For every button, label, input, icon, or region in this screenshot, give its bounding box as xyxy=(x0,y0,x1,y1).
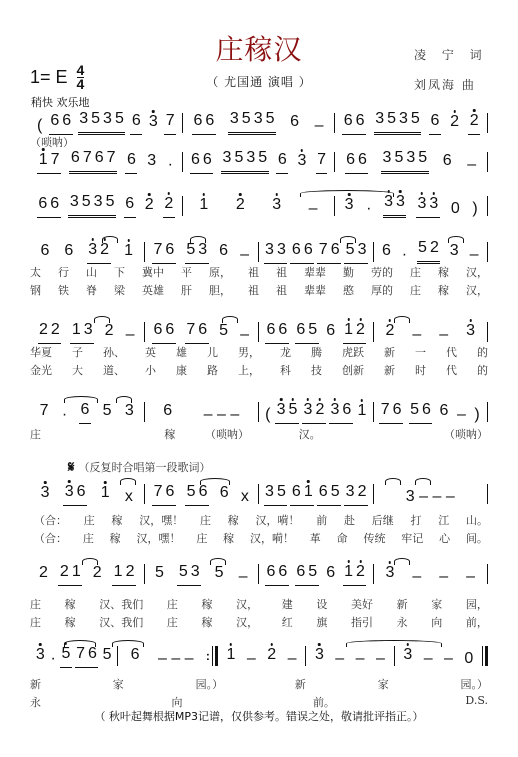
note: 6 xyxy=(93,149,105,167)
slur-tie xyxy=(385,478,401,485)
note: 6 xyxy=(290,241,302,259)
note: 6 xyxy=(162,402,174,420)
lyric-syllable: 钢 xyxy=(30,282,41,298)
note: 6 xyxy=(87,645,99,663)
note-group: 6 xyxy=(218,242,230,264)
lyric-syllable: 原， xyxy=(209,264,231,280)
note: 1 xyxy=(112,563,124,581)
note: 6 xyxy=(197,321,209,339)
note: 6 xyxy=(265,563,277,581)
note: 6 xyxy=(129,646,141,664)
lyric-syllable: 后继 xyxy=(372,512,394,528)
lyric-syllable: 小 xyxy=(145,362,156,378)
dash-extension: – xyxy=(286,650,298,668)
lyric-syllable: 汉，嘿！ xyxy=(139,512,183,528)
note-group: 76 xyxy=(317,241,341,264)
lyric-syllable: 汉，嗬！ xyxy=(250,530,294,546)
note: 3 xyxy=(465,322,477,340)
lyric-syllable: 庄 xyxy=(167,596,178,612)
note: 6 xyxy=(391,401,403,419)
note: 1 xyxy=(123,242,135,260)
note: 6 xyxy=(79,401,91,419)
measure: 3361x xyxy=(30,483,144,506)
lyric-syllable: 汉， xyxy=(236,614,258,630)
note-group: 5 xyxy=(218,322,230,344)
measure: 6665612 xyxy=(259,321,373,344)
note-group: 76 xyxy=(185,321,209,344)
note: 7 xyxy=(185,321,197,339)
lyric-syllable: 时 xyxy=(415,362,426,378)
note: 3 xyxy=(275,241,287,259)
notation-row-3: 663535622123–3·33330) xyxy=(30,196,488,218)
measure: 3·5765 xyxy=(30,645,117,668)
dash-extension: – xyxy=(455,406,467,424)
lyric-syllable: 庄 xyxy=(196,530,207,546)
note: 5 xyxy=(257,149,269,167)
note-group: 6 xyxy=(79,401,91,424)
note: 3 xyxy=(384,564,396,582)
lyric-syllable: 园。） xyxy=(196,676,224,692)
lyric-syllable: 的 xyxy=(477,344,488,360)
lyric-syllable: 英雄 xyxy=(142,282,164,298)
note: 5 xyxy=(185,483,197,501)
lyric-syllable: 汉、我们 xyxy=(99,614,143,630)
note: 3 xyxy=(344,483,356,501)
note-group: 3535 xyxy=(228,110,276,135)
note-group: 3 xyxy=(343,196,355,218)
note-group: 3 xyxy=(384,564,396,586)
note: 6 xyxy=(265,321,277,339)
measure: (3532361 xyxy=(259,401,373,424)
note: 2 xyxy=(234,196,246,214)
lyric-syllable: 美好 xyxy=(351,596,373,612)
note: 3 xyxy=(374,110,386,128)
dash-extension: – xyxy=(124,326,136,344)
measure: 3 – – – xyxy=(374,488,488,506)
footer-note: （ 秋叶起舞根据MP3记谱，仅供参考。错误之处，敬请批评指正。） xyxy=(0,708,518,724)
note: 2 xyxy=(99,241,111,259)
lyric-syllable: 稼 xyxy=(228,512,239,528)
dash-extension: – xyxy=(354,650,366,668)
segno-icon: 𝄋 xyxy=(68,458,74,476)
final-barline xyxy=(482,646,488,666)
lyric-line: 钢铁脊梁英雄肝胆，祖祖辈辈憨厚的庄稼汉， xyxy=(30,282,488,298)
note: 6 xyxy=(201,151,213,169)
note: 3 xyxy=(147,113,159,131)
note: 5 xyxy=(409,401,421,419)
note: 5 xyxy=(90,110,102,128)
note: 5 xyxy=(409,110,421,128)
note: 2 xyxy=(38,321,50,339)
note: 2 xyxy=(91,564,103,582)
lyric-syllable: 脊 xyxy=(86,282,97,298)
note: 6 xyxy=(49,112,61,130)
slur-tie xyxy=(340,236,356,243)
lyric-syllable: 旗 xyxy=(316,614,327,630)
measure: 17676763· xyxy=(30,149,182,174)
note: 6 xyxy=(49,195,61,213)
lyric-syllable: 命 xyxy=(337,530,348,546)
dash-extension: – xyxy=(245,650,257,668)
lyric-syllable: 新 xyxy=(295,676,306,692)
lyric-syllable: 勤 xyxy=(343,264,354,280)
measure: 33667653 xyxy=(259,241,373,264)
lyric-syllable: 新 xyxy=(384,344,395,360)
lyric-line: 新家园。）新家园。） xyxy=(30,676,488,692)
note-group: 3 xyxy=(147,113,159,135)
note-group: 5 xyxy=(101,402,113,424)
note-group: 3 xyxy=(39,484,51,506)
lyric-syllable: 汉， xyxy=(466,282,488,298)
note: 5 xyxy=(80,193,92,211)
note-group: 3 xyxy=(402,646,414,668)
note-group: 6 xyxy=(130,112,142,135)
note-group: 35 xyxy=(275,401,299,424)
slur-tie xyxy=(190,236,206,243)
note: 3 xyxy=(245,149,257,167)
lyric-syllable: 祖 xyxy=(248,282,259,298)
augmentation-dot: · xyxy=(49,650,57,668)
note: 2 xyxy=(428,239,440,257)
note-group: 2 xyxy=(103,322,115,344)
lyric-syllable: 向 xyxy=(431,614,442,630)
barline xyxy=(487,152,488,172)
note: 7 xyxy=(379,401,391,419)
note-group: 3 xyxy=(34,646,46,668)
note: 6 xyxy=(190,151,202,169)
lyric-line: 太行山下冀中平原，祖祖辈辈勤劳的庄稼汉， xyxy=(30,264,488,280)
lyric-syllable: 庄 xyxy=(30,614,41,630)
note-group: 3 xyxy=(146,152,158,174)
note: 6 xyxy=(354,112,366,130)
note: 6 xyxy=(39,242,51,260)
slur-tie xyxy=(82,558,98,565)
lyric-syllable: 汉， xyxy=(236,596,258,612)
note: 7 xyxy=(316,151,328,169)
lyric-syllable: 庄 xyxy=(410,282,421,298)
note: 6 xyxy=(277,321,289,339)
note-group: 12 xyxy=(112,563,136,586)
note-group: 2 xyxy=(143,196,155,218)
note-group: 2 xyxy=(91,564,103,586)
augmentation-dot: · xyxy=(365,200,373,218)
note: 6 xyxy=(325,322,337,340)
note: 3 xyxy=(39,484,51,502)
dash-extension: – xyxy=(411,568,423,586)
note: 5 xyxy=(275,483,287,501)
augmentation-dot: · xyxy=(166,156,174,174)
lyric-syllable: 赴 xyxy=(344,512,355,528)
note: 5 xyxy=(386,110,398,128)
note: 5 xyxy=(101,646,113,664)
note-group: 76 xyxy=(152,241,176,264)
note: 3 xyxy=(228,110,240,128)
lyric-syllable: 稼 xyxy=(438,282,449,298)
note-group: 3535 xyxy=(78,110,126,135)
measure: 6635356– xyxy=(183,110,335,135)
note: 3 xyxy=(381,149,393,167)
note-group: 66 xyxy=(152,321,176,344)
lyric-line: 金光大道、小康路上，科技创新新时代的 xyxy=(30,362,488,378)
lyric-syllable: 前， xyxy=(466,614,488,630)
slur-tie xyxy=(300,190,394,197)
dash-extension: – xyxy=(466,156,478,174)
note: 5 xyxy=(393,149,405,167)
note-group: 6 xyxy=(162,402,174,424)
note: 5 xyxy=(60,645,72,663)
note-group: 6 xyxy=(129,646,141,668)
note: 7 xyxy=(75,645,87,663)
note: 2 xyxy=(449,113,461,131)
notation-row-1: (6635356376635356–663535622 xyxy=(30,113,488,135)
lyric-syllable: 代 xyxy=(446,362,457,378)
barline xyxy=(487,564,488,584)
note: 6 xyxy=(75,483,87,501)
note-group: 6767 xyxy=(69,149,117,174)
note: 2 xyxy=(468,112,480,130)
note: 6 xyxy=(438,402,450,420)
notation-row-7: 3361x76566x356165323 – – – xyxy=(30,484,488,506)
lyric-syllable: 打 xyxy=(411,512,422,528)
note-group: 7 xyxy=(38,402,50,424)
note: 2 xyxy=(384,322,396,340)
instrument-annotation-2: （唢呐） xyxy=(205,426,249,442)
measure: 76566–) xyxy=(374,401,488,424)
measure: 6– – – xyxy=(118,646,205,668)
note: 6 xyxy=(380,242,392,260)
lyric-syllable: 设 xyxy=(316,596,327,612)
note: 1 xyxy=(70,563,82,581)
lyric-syllable: 憨 xyxy=(343,282,354,298)
lyric-line: （合：庄稼汉，嘿！庄稼汉，嗬！革命传统牢记心间。 xyxy=(34,530,488,546)
note-group: 2 xyxy=(163,195,175,218)
lyric-syllable: 庄 xyxy=(30,596,41,612)
measure: 6– – – xyxy=(145,402,259,424)
note-group: 66 xyxy=(345,151,369,174)
note-group: 3 xyxy=(123,402,135,424)
lyric-syllable: 牢记 xyxy=(401,530,423,546)
note: 6 xyxy=(69,149,81,167)
slur-tie xyxy=(102,236,118,243)
lyric-syllable: 一 xyxy=(415,344,426,360)
note-group: 5 xyxy=(101,646,113,668)
note: 5 xyxy=(177,563,189,581)
note-group: 66 xyxy=(49,112,73,135)
slur-tie xyxy=(120,478,136,485)
dash-extension: – xyxy=(438,326,450,344)
lyric-syllable: 庄 xyxy=(167,614,178,630)
note: 6 xyxy=(197,483,209,501)
dash-extension: – xyxy=(468,246,480,264)
note: 3 xyxy=(221,149,233,167)
note-group: 5 xyxy=(213,564,225,586)
lyric-syllable: 代 xyxy=(446,344,457,360)
note: 3 xyxy=(329,401,341,419)
note: 5 xyxy=(213,564,225,582)
note-group: 32 xyxy=(344,483,368,506)
note-group: 32 xyxy=(302,401,326,424)
lyric-syllable: 英 xyxy=(145,344,156,360)
lyric-syllable: 冀中 xyxy=(142,264,164,280)
slur-tie xyxy=(64,640,96,647)
lyric-syllable: 庄 xyxy=(83,530,94,546)
note-group: 3 xyxy=(313,646,325,668)
note-group: 6 xyxy=(125,151,137,174)
lyric-syllable: （唢呐） xyxy=(444,426,488,442)
lyric-syllable: 虎跃 xyxy=(342,344,364,360)
note-group: 22 xyxy=(38,321,62,344)
note-group: 3535 xyxy=(374,110,422,135)
lyric-syllable: 男， xyxy=(238,344,260,360)
measure: 6635356– xyxy=(335,149,487,174)
lyric-syllable: 革 xyxy=(310,530,321,546)
note: 6 xyxy=(124,195,136,213)
note: 3 xyxy=(394,193,406,211)
singer-credit: （ 尤国通 演唱 ） xyxy=(0,73,518,90)
note-group: 6 xyxy=(276,151,288,174)
dash-extension: – xyxy=(334,650,346,668)
note-group: 65 xyxy=(295,321,319,344)
note-group: 2 xyxy=(38,564,50,586)
note-group: 36 xyxy=(63,483,87,506)
note: 7 xyxy=(317,241,329,259)
paren: ( xyxy=(264,406,272,424)
paren: ) xyxy=(471,200,479,218)
note-group: 6 xyxy=(39,242,51,264)
note: 3 xyxy=(343,196,355,214)
note: 2 xyxy=(38,564,50,582)
lyric-line: 庄稼汉。（唢呐） xyxy=(30,426,488,442)
paren: ( xyxy=(36,117,44,135)
barline xyxy=(487,113,488,133)
note: 6 xyxy=(125,151,137,169)
note: 5 xyxy=(185,241,197,259)
instrument-annotation: （唢呐） xyxy=(30,134,74,150)
lyric-syllable: 梁 xyxy=(114,282,125,298)
shout-mark: x xyxy=(239,488,250,506)
note: 6 xyxy=(204,112,216,130)
paren: ) xyxy=(473,406,481,424)
rest: 0 xyxy=(463,650,475,668)
note-group: 61 xyxy=(290,483,314,506)
note-group: 53 xyxy=(177,563,201,586)
note: 2 xyxy=(143,196,155,214)
lyric-syllable: 祖 xyxy=(248,264,259,280)
lyric-syllable: 前 xyxy=(316,512,327,528)
note: 7 xyxy=(152,241,164,259)
note: 3 xyxy=(78,110,90,128)
lyric-syllable: 雄 xyxy=(176,344,187,360)
lyric-line: （合：庄稼汉，嘿！庄稼汉，嗬！前赴后继打江山。 xyxy=(34,512,488,528)
barline xyxy=(487,242,488,262)
note-group: 2 xyxy=(449,113,461,135)
note: 5 xyxy=(264,110,276,128)
slur-tie xyxy=(222,316,238,323)
note: 6 xyxy=(302,241,314,259)
note-group: 1 xyxy=(123,242,135,264)
note: 7 xyxy=(49,151,61,169)
note: 5 xyxy=(307,563,319,581)
note-group: 7 xyxy=(164,112,176,135)
note: 6 xyxy=(218,484,230,502)
lyric-syllable: 间。 xyxy=(466,530,488,546)
note: 6 xyxy=(192,112,204,130)
dash-extension: – xyxy=(422,650,434,668)
note: 5 xyxy=(344,241,356,259)
lyric-line: 庄稼汉、我们庄稼汉，建设美好新家园， xyxy=(30,596,488,612)
slur-tie xyxy=(415,478,431,485)
note: 6 xyxy=(63,242,75,260)
measure: 22132– xyxy=(30,321,144,344)
note-group: 3535 xyxy=(221,149,269,174)
lyric-syllable: 家 xyxy=(113,676,124,692)
note-group: 3 xyxy=(296,152,308,174)
note-group: 6 xyxy=(63,242,75,264)
notation-row-6: 7·6536– – –(353236176566–) xyxy=(30,402,488,424)
note-group: 6 xyxy=(124,195,136,218)
measure: 5535– xyxy=(145,563,259,586)
lyric-syllable: 永 xyxy=(397,614,408,630)
note: 1 xyxy=(37,151,49,169)
note: 2 xyxy=(58,563,70,581)
lyric-syllable: 厚的 xyxy=(371,282,393,298)
note: 6 xyxy=(164,241,176,259)
note: 2 xyxy=(314,401,326,419)
repeat-barline: : xyxy=(206,646,218,666)
lyric-syllable: （合： xyxy=(34,512,67,528)
note: 6 xyxy=(152,321,164,339)
note-group: 12 xyxy=(343,563,367,586)
note-group: 6 xyxy=(429,112,441,135)
measure: 1–2– xyxy=(218,646,305,668)
note: 6 xyxy=(277,563,289,581)
note: 1 xyxy=(343,563,355,581)
note-group: 2 xyxy=(468,112,480,135)
note: 3 xyxy=(87,241,99,259)
barline xyxy=(487,402,488,422)
note-group: 35 xyxy=(264,483,288,506)
dash-extension: – – – xyxy=(156,650,195,668)
note: 1 xyxy=(302,483,314,501)
note: 6 xyxy=(218,242,230,260)
note: 6 xyxy=(325,564,337,582)
lyric-syllable: 子 xyxy=(72,344,83,360)
dash-extension: – xyxy=(313,117,325,135)
note: 3 xyxy=(356,241,368,259)
lyric-syllable: 肝 xyxy=(181,282,192,298)
segno-marker: 𝄋 （反复时合唱第一段歌词） xyxy=(68,458,210,476)
note: 6 xyxy=(421,401,433,419)
rest: 0 xyxy=(449,200,461,218)
note: 3 xyxy=(405,149,417,167)
note-group: 6 xyxy=(289,113,301,135)
measure: 7·653 xyxy=(30,401,144,424)
note-group: 6 xyxy=(380,242,392,264)
measure: 76536– xyxy=(145,241,259,264)
note: 3 xyxy=(398,110,410,128)
note: 5 xyxy=(101,402,113,420)
lyric-syllable: 指引 xyxy=(351,614,373,630)
note: 6 xyxy=(276,151,288,169)
lyric-syllable: 汉，嘿！ xyxy=(136,530,180,546)
tempo-expression: 稍快 欢乐地 xyxy=(31,94,90,110)
note-group: 66 xyxy=(37,195,61,218)
note: 3 xyxy=(34,646,46,664)
note: 1 xyxy=(70,321,82,339)
lyric-syllable: 稼 xyxy=(223,530,234,546)
note: 7 xyxy=(81,149,93,167)
note: 5 xyxy=(233,149,245,167)
